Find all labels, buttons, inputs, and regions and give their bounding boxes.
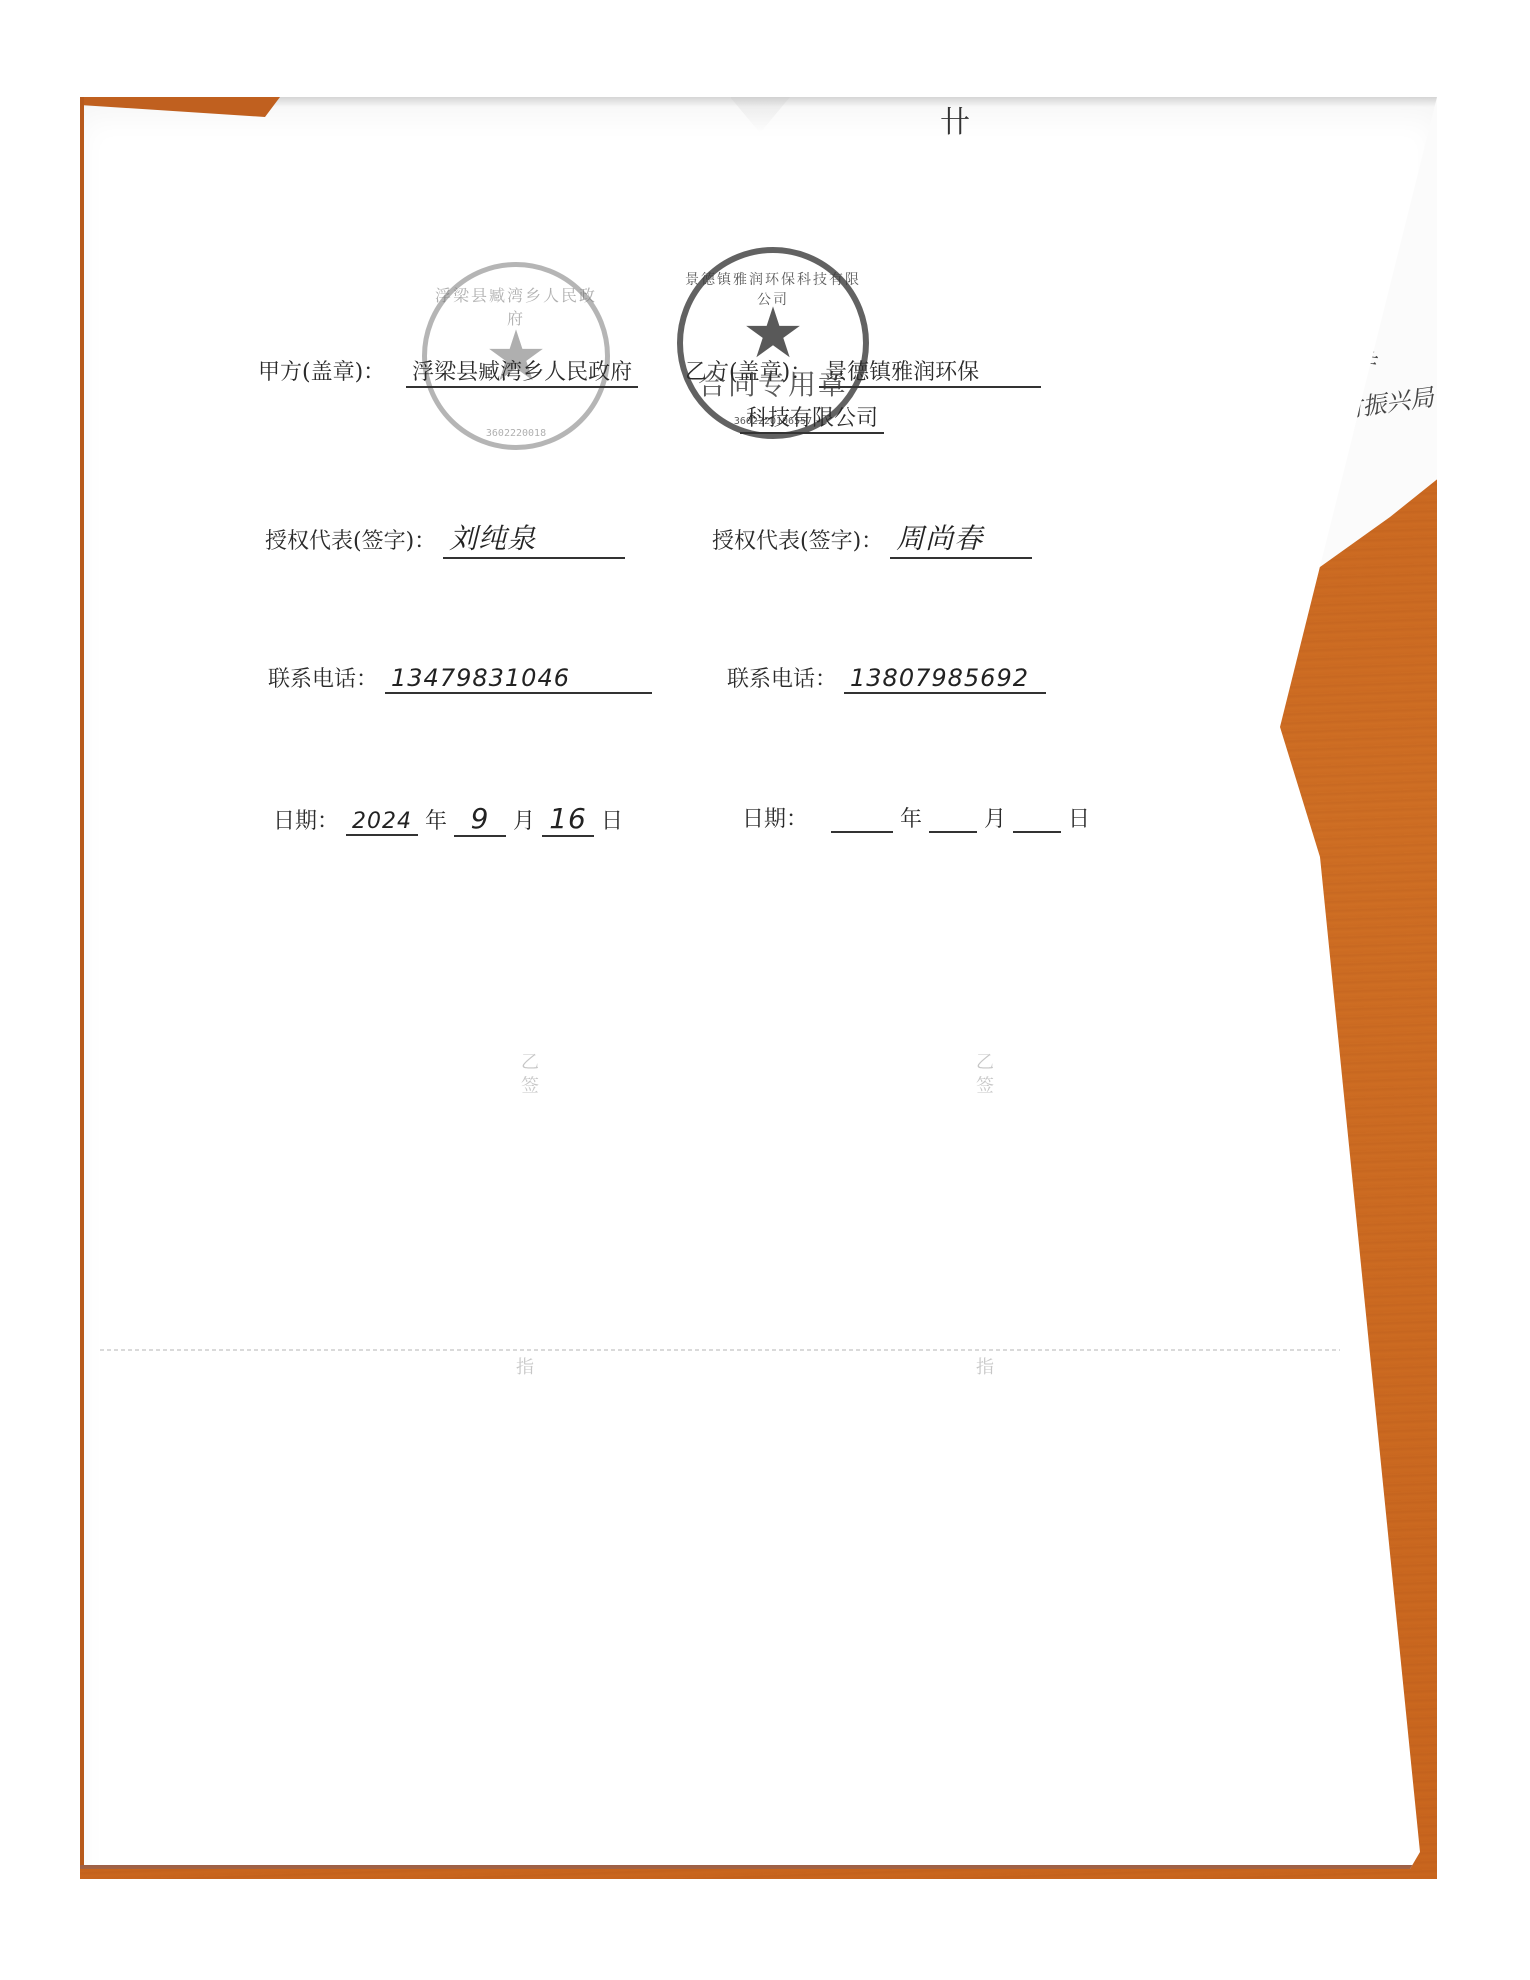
party-a-date-row: 日期： 2024 年 9 月 16 日 <box>273 802 623 837</box>
party-b-name-line1: 景德镇雅润环保 <box>819 355 1041 388</box>
month-unit: 月 <box>984 807 1006 832</box>
year-unit: 年 <box>425 809 447 834</box>
party-a-date-month: 9 <box>454 802 506 837</box>
party-a-date-label: 日期： <box>273 804 339 835</box>
day-unit: 日 <box>1068 807 1090 832</box>
top-cut-text: 卄 <box>940 97 970 141</box>
party-b-date-day-blank <box>1013 807 1061 833</box>
party-b-name-line2: 科技有限公司 <box>740 401 884 434</box>
seal-code: 3602220018 <box>427 428 605 439</box>
ghost-print-mark: 乙 签 <box>970 1052 996 1094</box>
party-b-date-year-blank <box>831 807 893 833</box>
party-b-phone-label: 联系电话： <box>727 662 837 693</box>
ghost-print-mark: 乙 签 <box>515 1052 541 1094</box>
party-b-rep-row: 授权代表(签字)： 周尚春 <box>712 517 1032 559</box>
ghost-print-mark: 指 <box>510 1357 536 1375</box>
year-unit: 年 <box>900 807 922 832</box>
paper-fold-mark <box>730 97 792 133</box>
party-a-name: 浮梁县臧湾乡人民政府 <box>406 355 638 388</box>
ghost-print-mark: 指 <box>970 1357 996 1375</box>
party-a-phone-label: 联系电话： <box>268 662 378 693</box>
party-b-phone: 13807985692 <box>844 664 1046 694</box>
party-b-seal-row: 乙方(盖章)： 景德镇雅润环保 <box>685 355 1041 388</box>
seal-arc-text: 景德镇雅润环保科技有限公司 <box>683 269 863 309</box>
party-b-rep-label: 授权代表(签字)： <box>712 524 883 555</box>
party-a-seal-row: 甲方(盖章)： 浮梁县臧湾乡人民政府 <box>258 355 638 388</box>
party-a-seal-label: 甲方(盖章)： <box>258 355 385 386</box>
desk-corner-visible <box>80 97 280 119</box>
party-b-signature: 周尚春 <box>890 517 1032 559</box>
party-b-phone-row: 联系电话： 13807985692 <box>727 662 1046 694</box>
photo-background: 吴凯江件 市乡村振兴局 红 4 11 卄 乙 签 乙 签 指 指 浮梁县臧湾乡人… <box>80 97 1437 1879</box>
party-a-date-day: 16 <box>542 802 594 837</box>
party-b-name-line2-row: 科技有限公司 <box>740 401 884 434</box>
contract-page: 卄 乙 签 乙 签 指 指 浮梁县臧湾乡人民政府 ★ 3602220018 景德… <box>80 97 1437 1879</box>
party-a-rep-row: 授权代表(签字)： 刘纯泉 <box>265 517 625 559</box>
party-a-rep-label: 授权代表(签字)： <box>265 524 436 555</box>
party-b-date-month-blank <box>929 807 977 833</box>
desk-left-edge <box>80 97 84 1879</box>
month-unit: 月 <box>513 809 535 834</box>
party-b-seal-label: 乙方(盖章)： <box>685 355 812 386</box>
party-a-signature: 刘纯泉 <box>443 517 625 559</box>
seal-arc-text: 浮梁县臧湾乡人民政府 <box>427 283 605 329</box>
party-a-phone: 13479831046 <box>385 664 652 694</box>
day-unit: 日 <box>601 809 623 834</box>
paper-fold-line <box>100 1349 1340 1351</box>
party-b-date-label: 日期： <box>742 802 808 833</box>
party-a-date-year: 2024 <box>346 809 418 836</box>
party-b-date-row: 日期： 年 月 日 <box>742 802 1090 833</box>
party-a-phone-row: 联系电话： 13479831046 <box>268 662 652 694</box>
